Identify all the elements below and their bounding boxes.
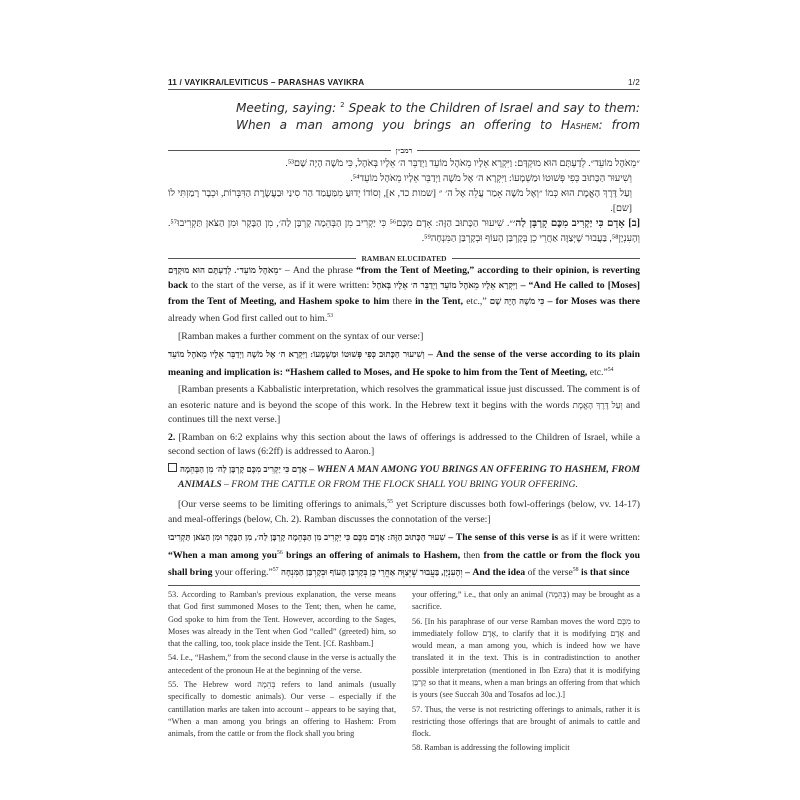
verse-text: Speak to the Children of Israel and say … xyxy=(349,101,640,115)
text: your offering.” xyxy=(212,568,272,579)
footnote: 57. Thus, the verse is not restricting o… xyxy=(412,704,640,741)
editorial-note: [Ramban makes a further comment on the s… xyxy=(168,330,640,344)
elucidated-paragraph: שִׁעוּר הַכָּתוּב הַזֶּה: אָדָם מִכֶּם כ… xyxy=(168,530,640,581)
bold-text: – The sense of this verse is xyxy=(446,532,559,543)
ramban-hebrew-text: ״מֵאֹהֶל מוֹעֵד״. לְדַעְתָּם הוּא מוּקְד… xyxy=(168,156,640,246)
text: as if it were written: xyxy=(558,532,640,543)
verse-lemma: אָדָם כִּי יַקְרִיב מִכֶּם קָרְבָּן לַה׳… xyxy=(168,462,640,492)
lemma-translation: – FROM THE CATTLE OR FROM THE FLOCK SHAL… xyxy=(222,479,578,490)
bold-text: is that since xyxy=(579,568,630,579)
text: already when God first called out to him… xyxy=(168,313,327,324)
footnote: your offering,” i.e., that only an anima… xyxy=(412,589,640,614)
bold-text: brings an offering of animals to Hashem, xyxy=(283,550,460,561)
verse-text: When a man among you brings an offering … xyxy=(236,118,552,132)
hebrew-verse-lemma: [ב] אָדָם כִּי יַקְרִיב מִכֶּם קָרְבָּן … xyxy=(513,218,640,229)
hebrew-paragraph: [ב] אָדָם כִּי יַקְרִיב מִכֶּם קָרְבָּן … xyxy=(168,216,640,246)
elucidated-text: ״מֵאֹהֶל מוֹעֵד״. לְדַעְתָּם הוּא מוּקְד… xyxy=(168,263,640,581)
hebrew-lemma: ״מֵאֹהֶל מוֹעֵד״. לְדַעְתָּם הוּא מוּקְד… xyxy=(168,265,282,275)
elucidated-paragraph: וְשִׁיעוּר הַכָּתוּב כְּפִי פְּשׁוּטוֹ ו… xyxy=(168,347,640,380)
hebrew-lemma: וְהָעִנְיָן, בַּעֲבוּר שֶׁיְּצַוֶּה אַחֲ… xyxy=(281,568,463,578)
divine-name: Hashem xyxy=(561,118,599,132)
elucidated-paragraph: ״מֵאֹהֶל מוֹעֵד״. לְדַעְתָּם הוּא מוּקְד… xyxy=(168,263,640,327)
bold-text: – And the idea xyxy=(463,568,525,579)
footnotes: 53. According to Ramban's previous expla… xyxy=(168,589,640,757)
verse-text: : from xyxy=(599,118,640,132)
section-intro: 2. [Ramban on 6:2 explains why this sect… xyxy=(168,431,640,460)
footnote: 54. I.e., “Hashem,” from the second clau… xyxy=(168,652,396,677)
bold-text: “When a man among you xyxy=(168,550,277,561)
text: etc.” xyxy=(587,367,607,378)
hebrew-lemma: וְשִׁיעוּר הַכָּתוּב כְּפִי פְּשׁוּטוֹ ו… xyxy=(168,349,425,359)
text: – And the phrase xyxy=(282,265,356,276)
footnote: 55. The Hebrew word בְּהֵמָה refers to l… xyxy=(168,679,396,740)
footnote: 53. According to Ramban's previous expla… xyxy=(168,589,396,650)
book-page: 11 / VAYIKRA/LEVITICUS – PARASHAS VAYIKR… xyxy=(168,78,640,757)
bold-text: in the Tent, xyxy=(415,296,463,307)
hebrew-lemma: וְעַל דֶּרֶךְ הָאֱמֶת xyxy=(573,400,623,410)
hebrew-lemma: אָדָם כִּי יַקְרִיב מִכֶּם קָרְבָּן לַה׳… xyxy=(180,464,307,474)
bold-text: – for Moses was there xyxy=(545,296,640,307)
text: [Ramban presents a Kabbalistic interpret… xyxy=(168,384,640,410)
hebrew-paragraph: וְשִׁיעוּר הַכָּתוּב כְּפִי פְּשׁוּטוֹ ו… xyxy=(168,171,640,186)
footnote-ref[interactable]: 53 xyxy=(327,313,333,319)
footnote: 58. Ramban is addressing the following i… xyxy=(412,742,640,754)
text: to the start of the verse, as if it were… xyxy=(188,280,373,291)
hebrew-lemma: שִׁעוּר הַכָּתוּב הַזֶּה: אָדָם מִכֶּם כ… xyxy=(168,532,446,542)
lemma-box-icon xyxy=(168,463,177,472)
text: there xyxy=(389,296,415,307)
editorial-note: [Our verse seems to be limiting offering… xyxy=(168,495,640,527)
footnote-ref[interactable]: 54 xyxy=(608,367,614,373)
hebrew-lemma: כִּי מֹשֶׁה הָיָה שָׁם xyxy=(490,296,545,306)
verse-number: 2 xyxy=(340,101,344,109)
text: [Ramban on 6:2 explains why this section… xyxy=(168,432,640,457)
hebrew-paragraph: וְעַל דֶּרֶךְ הָאֱמֶת הוּא כְּמוֹ ״וְאֶל… xyxy=(168,186,640,216)
running-head: 11 / VAYIKRA/LEVITICUS – PARASHAS VAYIKR… xyxy=(168,78,640,90)
ramban-header: רמב״ן xyxy=(391,146,418,155)
footnote: 56. [In his paraphrase of our verse Ramb… xyxy=(412,616,640,702)
verse-text: Meeting, saying: xyxy=(236,101,336,115)
hebrew-paragraph: ״מֵאֹהֶל מוֹעֵד״. לְדַעְתָּם הוּא מוּקְד… xyxy=(168,156,640,171)
text: then xyxy=(460,550,483,561)
text: of the verse xyxy=(525,568,573,579)
ramban-section-divider: רמב״ן xyxy=(168,146,640,155)
text: [Our verse seems to be limiting offering… xyxy=(178,499,387,510)
editorial-note: [Ramban presents a Kabbalistic interpret… xyxy=(168,383,640,427)
page-reference: 1/2 xyxy=(628,78,640,87)
footnote-ref[interactable]: 57 xyxy=(273,567,279,573)
text: etc.,” xyxy=(463,296,490,307)
elucidated-header: RAMBAN ELUCIDATED xyxy=(356,254,451,263)
elucidated-section-divider: RAMBAN ELUCIDATED xyxy=(168,254,640,263)
footnotes-left-column: 53. According to Ramban's previous expla… xyxy=(168,589,396,757)
hebrew-lemma: וַיִּקְרָא אֵלָיו מֵאֹהֶל מוֹעֵד וַיְדַב… xyxy=(372,280,517,290)
footnote-divider xyxy=(168,585,640,586)
verse-translation: Meeting, saying: 2 Speak to the Children… xyxy=(236,97,640,134)
running-head-title: 11 / VAYIKRA/LEVITICUS – PARASHAS VAYIKR… xyxy=(168,78,364,87)
footnotes-right-column: your offering,” i.e., that only an anima… xyxy=(412,589,640,757)
